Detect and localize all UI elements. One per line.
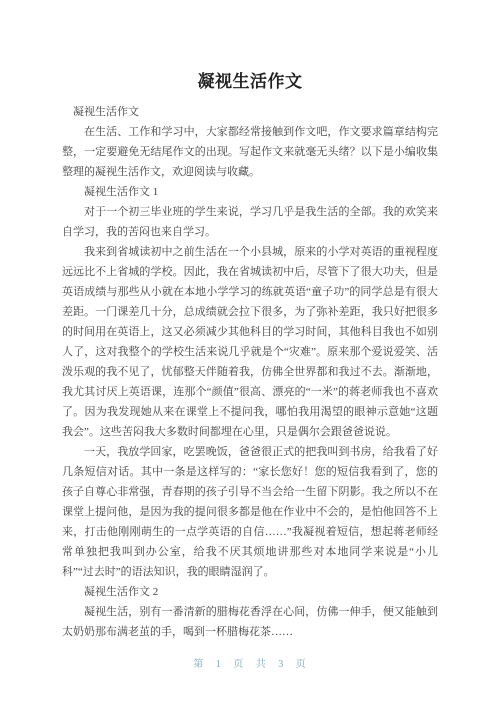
essay-1-paragraph-2: 我来到省城读初中之前生活在一个小县城，原来的小学对英语的重视程度远远比不上省城的…	[62, 242, 438, 442]
footer-current-page: 1	[216, 659, 222, 670]
essay-2-heading: 凝视生活作文 2	[62, 582, 438, 602]
essay-1-heading: 凝视生活作文 1	[62, 182, 438, 202]
document-body: 凝视生活作文 在生活、工作和学习中，大家都经常接触到作文吧，作文要求篇章结构完整…	[0, 102, 500, 642]
page-footer: 第 1 页 共 3 页	[0, 658, 500, 672]
footer-label-page: 第	[193, 659, 204, 670]
footer-total-pages: 3	[278, 659, 284, 670]
essay-2-paragraph-1: 凝视生活，别有一番清新的腊梅花香浮在心间，仿佛一伸手，便又能触到太奶奶那布满老茧…	[62, 602, 438, 642]
document-page: 凝视生活作文 凝视生活作文 在生活、工作和学习中，大家都经常接触到作文吧，作文要…	[0, 0, 500, 707]
essay-1-paragraph-1: 对于一个初三毕业班的学生来说，学习几乎是我生活的全部。我的欢笑来自学习，我的苦闷…	[62, 202, 438, 242]
intro-paragraph: 在生活、工作和学习中，大家都经常接触到作文吧，作文要求篇章结构完整，一定要避免无…	[62, 122, 438, 182]
footer-total-unit: 页	[296, 659, 307, 670]
footer-label-total: 共	[256, 659, 267, 670]
intro-label: 凝视生活作文	[62, 102, 438, 122]
footer-page-unit: 页	[233, 659, 244, 670]
page-title: 凝视生活作文	[0, 72, 500, 92]
essay-1-paragraph-3: 一天，我放学回家，吃罢晚饭，爸爸很正式的把我叫到书房，给我看了好几条短信对话。其…	[62, 442, 438, 582]
